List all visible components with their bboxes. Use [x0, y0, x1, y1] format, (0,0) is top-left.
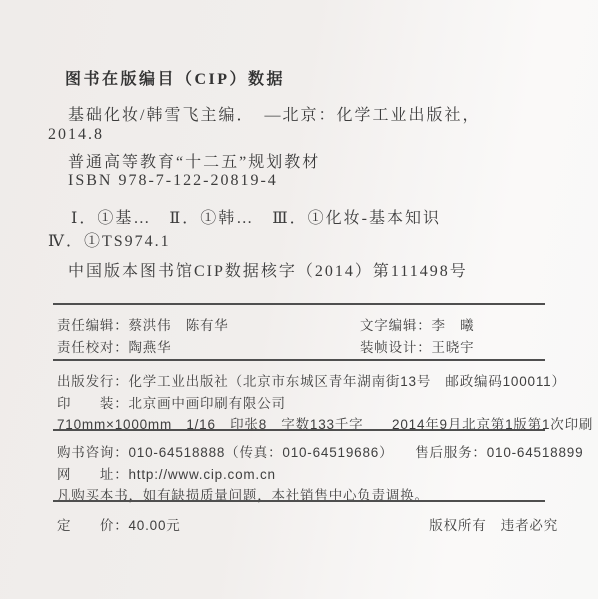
cip-header: 图书在版编目（CIP）数据 — [65, 66, 285, 89]
binding-designer: 装帧设计：王晓宇 — [360, 336, 474, 356]
publisher-info: 出版发行：化学工业出版社（北京市东城区青年湖南街13号 邮政编码100011） — [57, 370, 566, 390]
divider-rule-3 — [53, 429, 545, 431]
duty-proofreader: 责任校对：陶燕华 — [57, 336, 171, 356]
cip-description-line1: 基础化妆/韩雪飞主编． —北京：化学工业出版社， — [68, 102, 480, 125]
duty-editor: 责任编辑：蔡洪伟 陈有华 — [57, 314, 229, 334]
price-label: 定 价：40.00元 — [57, 514, 181, 534]
website-url: 网 址：http://www.cip.com.cn — [57, 463, 276, 483]
cip-series-title: 普通高等教育“十二五”规划教材 — [68, 149, 320, 172]
divider-rule-1 — [53, 303, 545, 305]
divider-rule-2 — [53, 359, 545, 361]
classification-line1: Ⅰ．①基… Ⅱ．①韩… Ⅲ．①化妆-基本知识 — [71, 205, 441, 228]
copyright-notice: 版权所有 违者必究 — [429, 514, 558, 534]
printer-info: 印 装：北京画中画印刷有限公司 — [57, 392, 286, 412]
purchase-hotline: 购书咨询：010-64518888（传真：010-64519686） 售后服务：… — [57, 441, 583, 461]
divider-rule-4 — [53, 500, 545, 502]
text-editor: 文字编辑：李 曦 — [360, 314, 474, 334]
cip-record-number: 中国版本图书馆CIP数据核字（2014）第111498号 — [68, 258, 468, 281]
book-copyright-page: 图书在版编目（CIP）数据 基础化妆/韩雪飞主编． —北京：化学工业出版社， 2… — [0, 0, 598, 599]
classification-line2: Ⅳ．①TS974.1 — [48, 228, 171, 251]
cip-description-line2: 2014.8 — [48, 126, 104, 144]
isbn-number: ISBN 978-7-122-20819-4 — [68, 172, 278, 190]
